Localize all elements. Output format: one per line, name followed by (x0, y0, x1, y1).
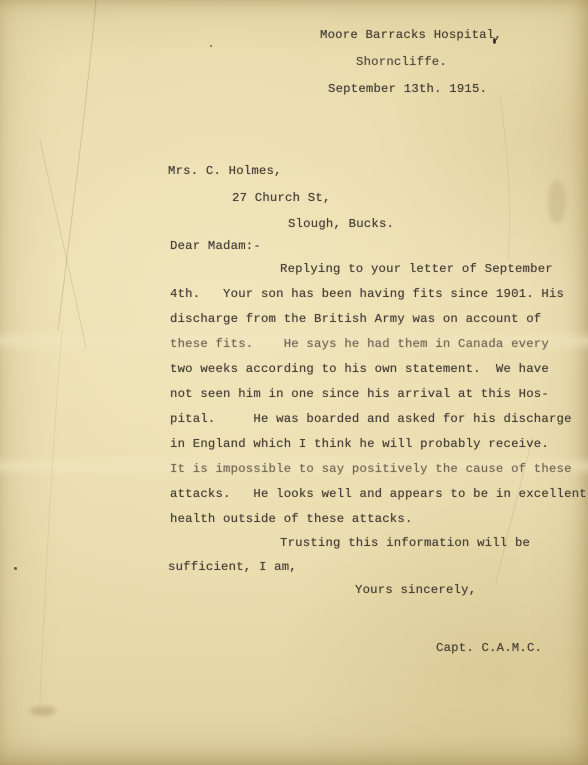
body-line: these fits. He says he had them in Canad… (170, 337, 549, 351)
recipient-name: Mrs. C. Holmes, (168, 164, 282, 178)
body-line: health outside of these attacks. (170, 512, 413, 526)
paper-smudge (30, 706, 56, 716)
ink-speck (14, 567, 17, 570)
letterhead-location: Shorncliffe. (356, 55, 447, 69)
body-line: discharge from the British Army was on a… (170, 312, 541, 326)
closing-line: sufficient, I am, (168, 560, 297, 574)
body-line: in England which I think he will probabl… (170, 437, 549, 451)
body-line: pital. He was boarded and asked for his … (170, 412, 572, 426)
salutation: Dear Madam:- (170, 239, 261, 253)
body-line: attacks. He looks well and appears to be… (170, 487, 587, 501)
signature: Capt. C.A.M.C. (436, 641, 542, 655)
ink-speck (210, 45, 212, 47)
body-line: 4th. Your son has been having fits since… (170, 287, 564, 301)
recipient-address-street: 27 Church St, (232, 191, 331, 205)
body-line: Replying to your letter of September (280, 262, 553, 276)
paper-smudge (548, 180, 566, 224)
closing-line: Trusting this information will be (280, 536, 530, 550)
recipient-address-town: Slough, Bucks. (288, 217, 394, 231)
valediction: Yours sincerely, (355, 583, 476, 597)
letter-page: Moore Barracks Hospital, Shorncliffe. Se… (0, 0, 588, 765)
letterhead-date: September 13th. 1915. (328, 82, 487, 96)
body-line: two weeks according to his own statement… (170, 362, 549, 376)
body-line: not seen him in one since his arrival at… (170, 387, 549, 401)
letterhead-hospital: Moore Barracks Hospital, (320, 28, 502, 42)
body-line: It is impossible to say positively the c… (170, 462, 572, 476)
